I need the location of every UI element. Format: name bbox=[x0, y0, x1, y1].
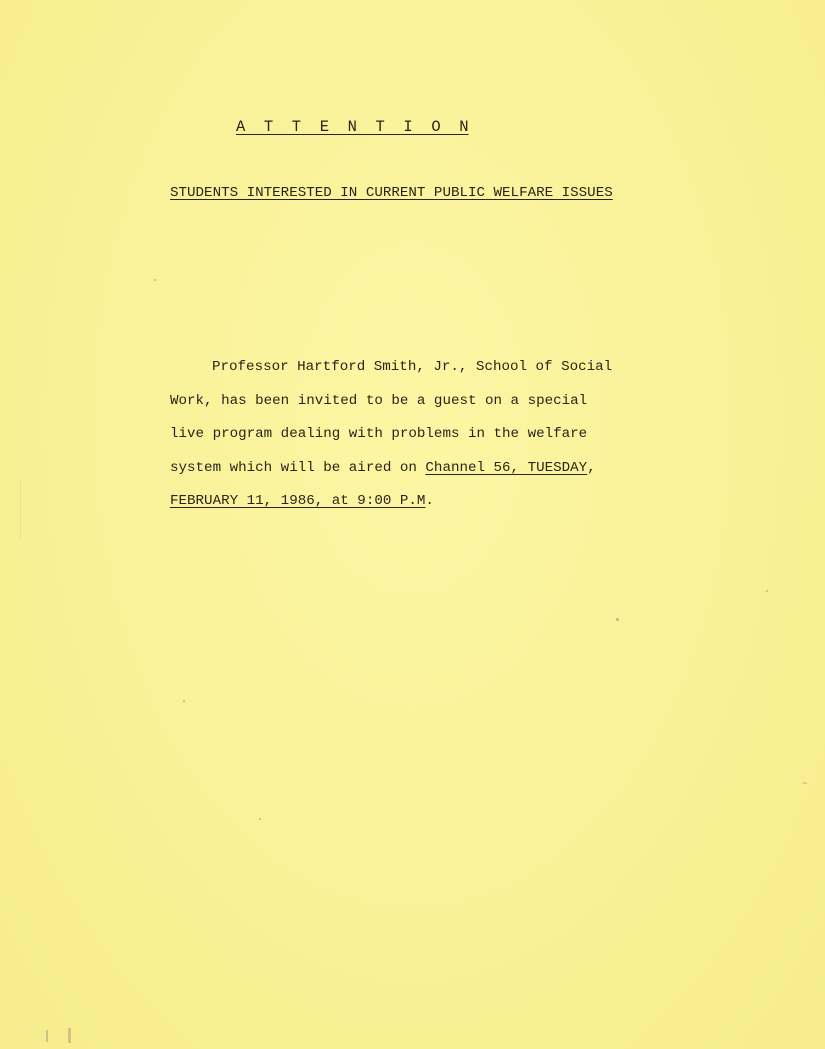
paper-speck bbox=[154, 279, 156, 281]
attention-heading: A T T E N T I O N bbox=[236, 118, 469, 136]
body-line-4-prefix: system which will be aired on bbox=[170, 460, 425, 476]
body-line-5-suffix: . bbox=[425, 493, 434, 509]
broadcast-channel-day: Channel 56, TUESDAY bbox=[425, 460, 587, 476]
edge-mark bbox=[46, 1030, 48, 1042]
paper-speck bbox=[259, 818, 261, 820]
paper-stain: ~ bbox=[802, 779, 816, 786]
notice-body: Professor Hartford Smith, Jr., School of… bbox=[170, 351, 630, 519]
body-line-4: system which will be aired on Channel 56… bbox=[170, 452, 630, 486]
paper-speck bbox=[183, 700, 185, 702]
body-line-3: live program dealing with problems in th… bbox=[170, 418, 630, 452]
edge-mark bbox=[20, 480, 21, 540]
paper-page: A T T E N T I O N STUDENTS INTERESTED IN… bbox=[0, 0, 825, 1049]
body-line-4-suffix: , bbox=[587, 460, 596, 476]
body-line-2: Work, has been invited to be a guest on … bbox=[170, 385, 630, 419]
notice-subtitle: STUDENTS INTERESTED IN CURRENT PUBLIC WE… bbox=[170, 185, 613, 201]
body-line-5: FEBRUARY 11, 1986, at 9:00 P.M. bbox=[170, 485, 630, 519]
paper-speck bbox=[616, 618, 619, 621]
edge-mark bbox=[68, 1028, 71, 1043]
body-line-1: Professor Hartford Smith, Jr., School of… bbox=[170, 351, 630, 385]
paper-speck bbox=[766, 590, 768, 592]
broadcast-date-time: FEBRUARY 11, 1986, at 9:00 P.M bbox=[170, 493, 425, 509]
